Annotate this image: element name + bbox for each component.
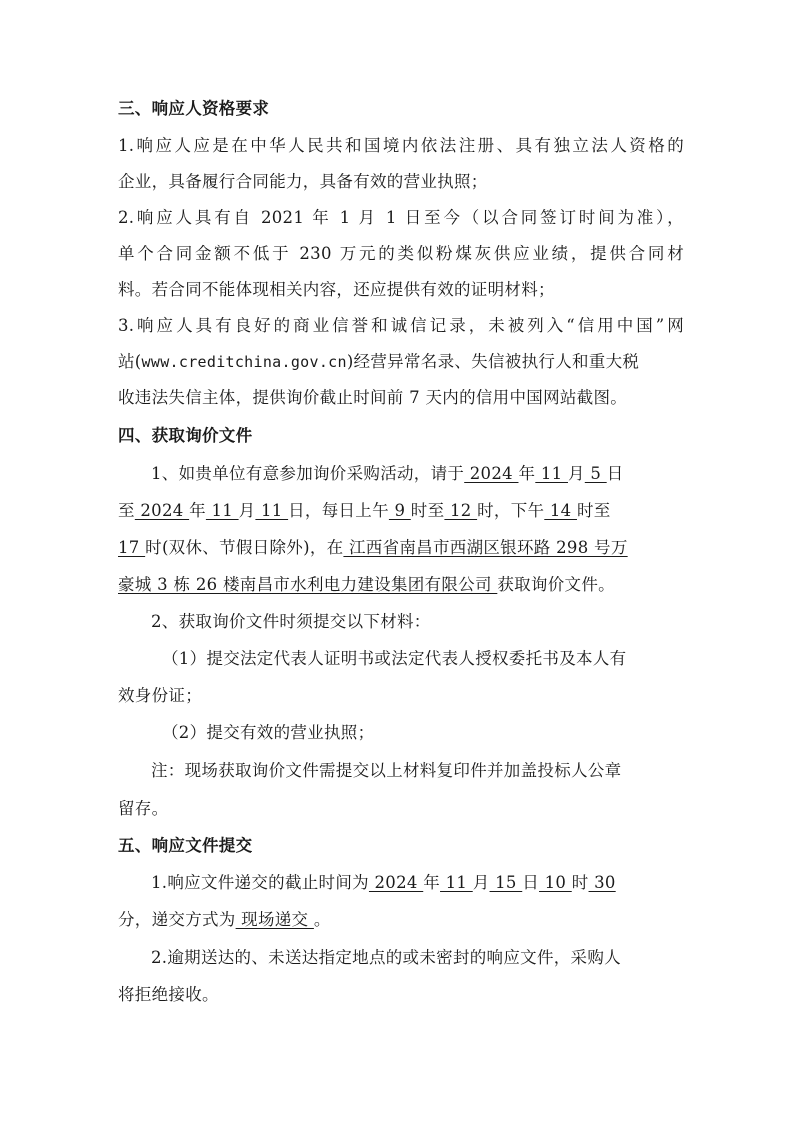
text-fragment: 日，每日上午 (288, 501, 389, 520)
text-fragment: 1.响应文件递交的截止时间为 (151, 873, 369, 892)
paragraph-line: 分，递交方式为 现场递交 。 (118, 907, 331, 933)
note-line: 留存。 (118, 796, 168, 822)
paragraph-line: 单个合同金额不低于 230 万元的类似粉煤灰供应业绩，提供合同材 (118, 241, 684, 267)
paragraph-line: 效身份证； (118, 683, 202, 709)
text-fragment: 月 (239, 501, 256, 520)
paragraph-line: 豪城 3 栋 26 楼南昌市水利电力建设集团有限公司 获取询价文件。 (118, 572, 615, 598)
note-line: 注：现场获取询价文件需提交以上材料复印件并加盖投标人公章 (151, 758, 621, 784)
text-fragment: 至 (118, 501, 135, 520)
submission-method-field: 现场递交 (236, 910, 314, 929)
paragraph-line: 料。若合同不能体现相关内容，还应提供有效的证明材料； (118, 277, 555, 303)
paragraph-line: （1）提交法定代表人证明书或法定代表人授权委托书及本人有 (162, 646, 626, 672)
pm-end-field: 17 (118, 538, 145, 557)
am-start-field: 9 (389, 501, 411, 520)
text-fragment: 分，递交方式为 (118, 910, 236, 929)
start-month-field: 11 (535, 464, 568, 483)
paragraph-line: （2）提交有效的营业执照； (162, 720, 374, 746)
text-fragment: 站( (118, 352, 142, 371)
start-day-field: 5 (585, 464, 607, 483)
section-heading-obtain-documents: 四、获取询价文件 (118, 423, 252, 449)
am-end-field: 12 (444, 501, 477, 520)
section-heading-qualifications: 三、响应人资格要求 (118, 96, 269, 122)
deadline-hour-field: 10 (539, 873, 572, 892)
paragraph-line: 1.响应人应是在中华人民共和国境内依法注册、具有独立法人资格的 (118, 133, 684, 159)
text-fragment: 。 (314, 910, 331, 929)
end-day-field: 11 (255, 501, 288, 520)
address-field: 江西省南昌市西湖区银环路 298 号万 (343, 538, 627, 557)
paragraph-line: 17 时(双休、节假日除外)，在 江西省南昌市西湖区银环路 298 号万 (118, 535, 628, 561)
start-year-field: 2024 (464, 464, 518, 483)
deadline-day-field: 15 (490, 873, 523, 892)
pm-start-field: 14 (544, 501, 577, 520)
text-fragment: 1、如贵单位有意参加询价采购活动，请于 (151, 464, 464, 483)
deadline-minute-field: 30 (589, 873, 616, 892)
text-fragment: 月 (568, 464, 585, 483)
end-month-field: 11 (206, 501, 239, 520)
text-fragment: 时，下午 (477, 501, 544, 520)
text-fragment: 日 (607, 464, 624, 483)
text-fragment: 时至 (577, 501, 611, 520)
paragraph-line: 至 2024 年 11 月 11 日，每日上午 9 时至 12 时，下午 14 … (118, 498, 611, 524)
creditchina-url: www.creditchina.gov.cn (142, 353, 347, 371)
paragraph-line: 2.响应人具有自 2021 年 1 月 1 日至今（以合同签订时间为准）， (118, 205, 684, 231)
text-fragment: 时 (572, 873, 589, 892)
text-fragment: 获取询价文件。 (497, 575, 615, 594)
end-year-field: 2024 (135, 501, 189, 520)
paragraph-line: 将拒绝接收。 (118, 982, 219, 1008)
text-fragment: 年 (423, 873, 440, 892)
text-fragment: 月 (473, 873, 490, 892)
paragraph-line: 收违法失信主体，提供询价截止时间前 7 天内的信用中国网站截图。 (118, 385, 627, 411)
paragraph-line: 站(www.creditchina.gov.cn)经营异常名录、失信被执行人和重… (118, 349, 639, 375)
paragraph-line: 2.逾期送达的、未送达指定地点的或未密封的响应文件，采购人 (151, 945, 621, 971)
address-field-continued: 豪城 3 栋 26 楼南昌市水利电力建设集团有限公司 (118, 575, 497, 594)
deadline-year-field: 2024 (369, 873, 423, 892)
paragraph-line: 2、获取询价文件时须提交以下材料： (151, 609, 431, 635)
text-fragment: 年 (189, 501, 206, 520)
deadline-month-field: 11 (440, 873, 473, 892)
text-fragment: 时至 (411, 501, 445, 520)
paragraph-line: 1.响应文件递交的截止时间为 2024 年 11 月 15 日 10 时 30 (151, 870, 616, 896)
text-fragment: 时(双休、节假日除外)，在 (145, 538, 343, 557)
paragraph-line: 1、如贵单位有意参加询价采购活动，请于 2024 年 11 月 5 日 (151, 461, 624, 487)
section-heading-submission: 五、响应文件提交 (118, 833, 252, 859)
paragraph-line: 企业，具备履行合同能力，具备有效的营业执照； (118, 169, 488, 195)
paragraph-line: 3.响应人具有良好的商业信誉和诚信记录，未被列入“信用中国”网 (118, 313, 684, 339)
text-fragment: )经营异常名录、失信被执行人和重大税 (347, 352, 639, 371)
text-fragment: 年 (518, 464, 535, 483)
text-fragment: 日 (522, 873, 539, 892)
